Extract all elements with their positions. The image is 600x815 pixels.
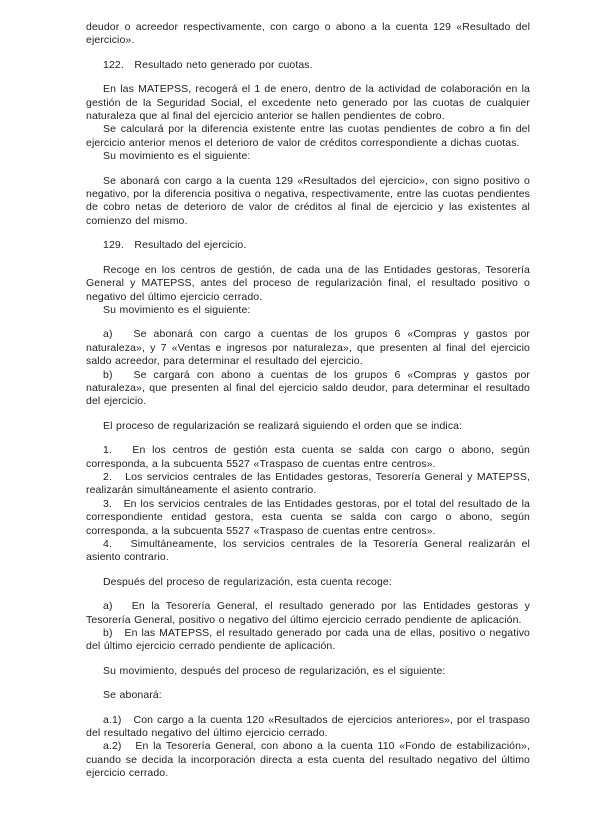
list-item-a: a) Se abonará con cargo a cuentas de los… (86, 328, 530, 368)
list-item-b: b) En las MATEPSS, el resultado generado… (86, 627, 530, 654)
list-item-a1: a.1) Con cargo a la cuenta 120 «Resultad… (86, 714, 530, 741)
paragraph: Se calculará por la diferencia existente… (86, 123, 530, 150)
continuation-paragraph: deudor o acreedor respectivamente, con c… (86, 21, 530, 48)
list-item-b: b) Se cargará con abono a cuentas de los… (86, 369, 530, 409)
list-item-a2: a.2) En la Tesorería General, con abono … (86, 740, 530, 780)
paragraph: Su movimiento, después del proceso de re… (86, 665, 530, 678)
account-122-heading: 122. Resultado neto generado por cuotas. (86, 59, 530, 72)
paragraph: Se abonará: (86, 689, 530, 702)
paragraph: Su movimiento es el siguiente: (86, 304, 530, 317)
account-129-heading: 129. Resultado del ejercicio. (86, 239, 530, 252)
list-item-a: a) En la Tesorería General, el resultado… (86, 600, 530, 627)
list-item-2: 2. Los servicios centrales de las Entida… (86, 471, 530, 498)
list-item-1: 1. En los centros de gestión esta cuenta… (86, 444, 530, 471)
paragraph: Su movimiento es el siguiente: (86, 150, 530, 163)
paragraph: Se abonará con cargo a la cuenta 129 «Re… (86, 175, 530, 229)
document-page: deudor o acreedor respectivamente, con c… (86, 21, 530, 781)
paragraph: Recoge en los centros de gestión, de cad… (86, 264, 530, 304)
list-item-4: 4. Simultáneamente, los servicios centra… (86, 538, 530, 565)
paragraph: Después del proceso de regularización, e… (86, 576, 530, 589)
paragraph: En las MATEPSS, recogerá el 1 de enero, … (86, 83, 530, 123)
paragraph: El proceso de regularización se realizar… (86, 420, 530, 433)
list-item-3: 3. En los servicios centrales de las Ent… (86, 498, 530, 538)
